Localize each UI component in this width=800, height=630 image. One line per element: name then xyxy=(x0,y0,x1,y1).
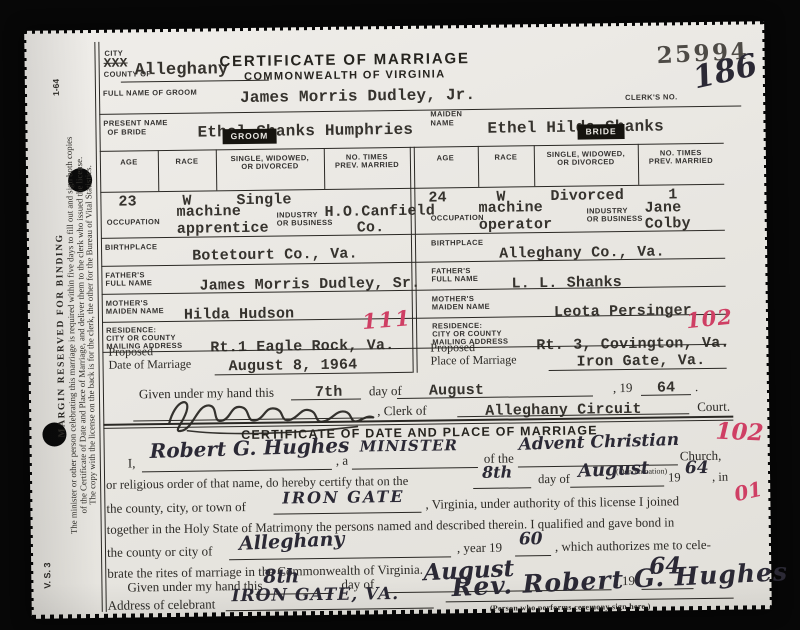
form-revision: 1-64 xyxy=(51,79,61,96)
celebrant-title: MINISTER xyxy=(360,436,458,455)
date-of-marriage-label: Date of Marriage xyxy=(108,357,191,373)
industry-label2: OR BUSINESS xyxy=(587,214,643,224)
place-of-marriage-label: Place of Marriage xyxy=(430,352,516,368)
groom-occupation1: machine xyxy=(176,203,241,221)
groom-age: 23 xyxy=(118,193,137,210)
table-rule xyxy=(100,184,724,194)
marriage-place: IRON GATE xyxy=(282,487,404,508)
occupation-label: OCCUPATION xyxy=(431,213,484,223)
groom-industry1: H.O.Canfield xyxy=(324,203,435,221)
red-annotation-top: 102 xyxy=(715,418,764,447)
bond-place: Alleghany xyxy=(238,528,344,555)
marriage-month: August xyxy=(578,457,650,481)
age-header: AGE xyxy=(100,157,158,167)
bride-occupation1: machine xyxy=(478,199,543,217)
para-line3: the county, city, or town of xyxy=(106,499,246,517)
para-a: , a xyxy=(336,453,348,469)
clerks-no-label: CLERK'S NO. xyxy=(625,92,678,102)
race-header: RACE xyxy=(158,156,216,166)
proposed-place-underline xyxy=(549,368,727,372)
address-label: Address of celebrant xyxy=(108,596,216,613)
maiden-name-label: MAIDEN xyxy=(430,109,462,118)
certificate-paper: 1-64 MARGIN RESERVED FOR BINDING The min… xyxy=(24,21,772,619)
present-name-label2: OF BRIDE xyxy=(107,127,146,137)
para-day-of: day of xyxy=(538,472,570,487)
times-header2: PREV. MARRIED xyxy=(638,156,724,166)
marriage-day: 8th xyxy=(482,463,512,482)
para-nineteen: 19 xyxy=(668,470,681,485)
clerk-period: . xyxy=(695,379,698,395)
status-header2: OR DIVORCED xyxy=(534,157,638,167)
signature-caption: (Person who performs ceremony sign here.… xyxy=(490,602,651,613)
blank-line xyxy=(352,467,478,470)
groom-name-rule xyxy=(99,105,741,115)
groom-residence: Rt.1 Eagle Rock, Va. xyxy=(210,337,394,356)
blank-line xyxy=(515,555,551,557)
blank-line xyxy=(473,487,531,489)
times-header2: PREV. MARRIED xyxy=(324,160,410,170)
groom-name-label: FULL NAME OF GROOM xyxy=(103,88,197,98)
groom-status: Single xyxy=(236,191,291,209)
groom-name-value: James Morris Dudley, Jr. xyxy=(240,86,475,107)
bride-tag: BRIDE xyxy=(577,124,624,139)
denomination-value: Advent Christian xyxy=(518,430,679,455)
clerk-of-text: , Clerk of xyxy=(377,403,427,420)
margin-binding-note: MARGIN RESERVED FOR BINDING The minister… xyxy=(54,136,99,534)
maiden-name-label2: NAME xyxy=(430,118,454,127)
bride-mother: Leota Persinger xyxy=(554,302,692,321)
clerk-year-prefix: , 19 xyxy=(613,380,633,396)
blank-line xyxy=(274,512,422,515)
father-label2: FULL NAME xyxy=(105,278,152,288)
groom-red-annotation: 111 xyxy=(361,305,413,334)
para-line5-mid: , year 19 xyxy=(457,540,502,557)
bride-father: L. L. Shanks xyxy=(511,274,622,292)
birthplace-label: BIRTHPLACE xyxy=(105,242,157,252)
blank-line xyxy=(142,469,332,473)
blank-line xyxy=(397,395,593,399)
perforated-edge-right xyxy=(762,21,773,609)
para-line3-end: , Virginia, under authority of this lice… xyxy=(425,493,679,512)
occupation-label: OCCUPATION xyxy=(107,217,160,227)
para-line4: together in the Holy State of Matrimony … xyxy=(107,515,675,537)
blank-line xyxy=(229,556,451,560)
groom-tag: GROOM xyxy=(222,129,276,144)
para-line2-end: , in xyxy=(712,470,728,485)
city-strike: XXX xyxy=(104,56,128,71)
maiden-name-value: Ethel Hilda Shanks xyxy=(487,118,664,138)
age-header: AGE xyxy=(413,153,478,163)
groom-birthplace: Botetourt Co., Va. xyxy=(192,246,358,265)
blank-line xyxy=(226,608,434,612)
bride-red-annotation: 102 xyxy=(685,304,734,334)
bride-industry1: Jane xyxy=(644,199,681,216)
para-line5-end: , which authorizes me to cele- xyxy=(555,537,711,555)
photo-background: { "margin": { "form_code": "V. S. 3", "r… xyxy=(0,0,800,630)
present-name-label: PRESENT NAME xyxy=(103,118,168,128)
address-value: IRON GATE, VA. xyxy=(231,584,399,606)
red-annotation-side: 01 xyxy=(732,477,764,507)
status-header2: OR DIVORCED xyxy=(216,161,324,171)
form-code: V. S. 3 xyxy=(42,562,52,588)
perforated-edge-left xyxy=(23,31,34,619)
bond-year: 60 xyxy=(519,529,543,549)
father-label2: FULL NAME xyxy=(431,274,478,284)
court-label: Court. xyxy=(697,399,730,415)
blank-line xyxy=(570,486,664,489)
marriage-year: 64 xyxy=(685,458,709,478)
para-i: I, xyxy=(128,455,136,471)
bride-status: Divorced xyxy=(550,187,624,205)
race-header: RACE xyxy=(478,152,534,162)
perforated-edge-top xyxy=(24,20,764,34)
celebrant-name: Robert G. Hughes xyxy=(149,433,349,463)
para-line5: the county or city of xyxy=(107,543,213,560)
mother-label2: MAIDEN NAME xyxy=(432,302,490,312)
mother-label2: MAIDEN NAME xyxy=(106,306,164,316)
center-divider xyxy=(413,147,417,373)
birthplace-label: BIRTHPLACE xyxy=(431,238,483,248)
